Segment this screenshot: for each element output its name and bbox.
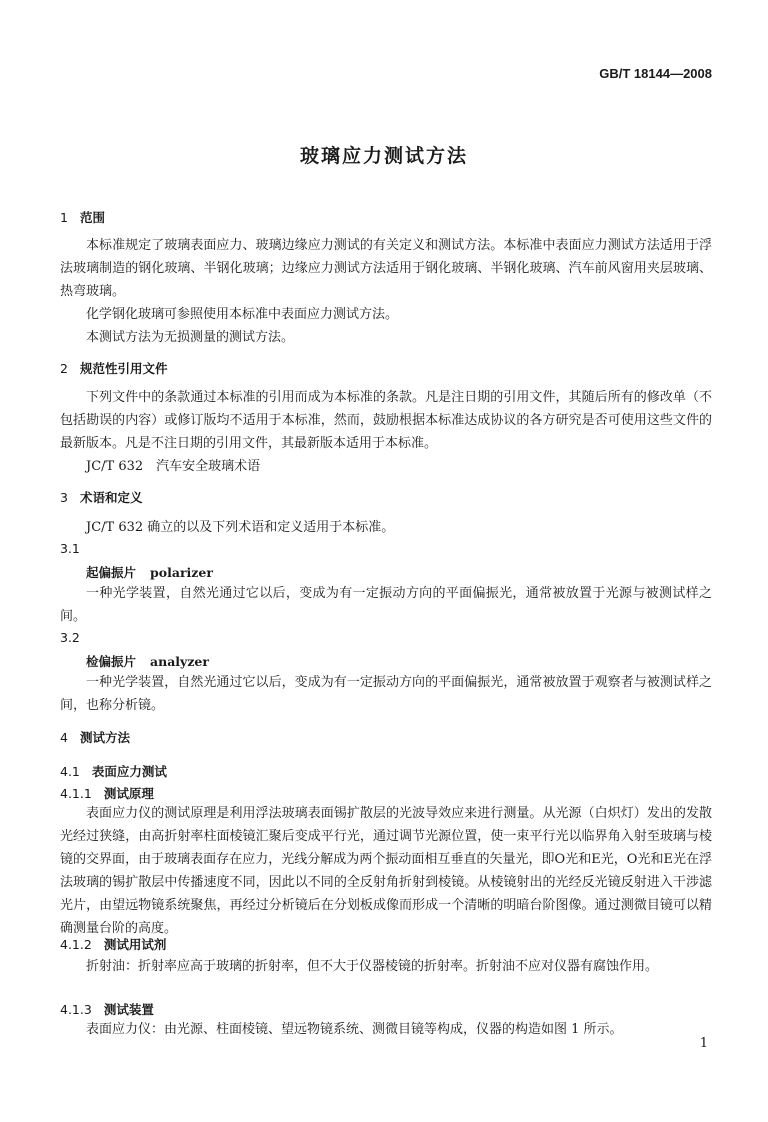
page-title: 玻璃应力测试方法 [0,141,768,168]
section-heading-1: 1范围 [60,208,105,226]
section-title: 测试方法 [80,730,130,745]
section-title: 范围 [80,210,105,225]
term-title: 检偏振片analyzer [86,652,209,670]
term-zh: 检偏振片 [86,654,136,669]
subsection-heading-4-1-3: 4.1.3测试装置 [60,1000,154,1018]
term-en: polarizer [150,565,213,580]
term-definition: 一种光学装置，自然光通过它以后，变成为有一定振动方向的平面偏振光，通常被放置于光… [60,582,712,628]
section-number: 2 [60,361,68,376]
section-heading-2: 2规范性引用文件 [60,359,167,377]
section-title: 规范性引用文件 [80,361,168,376]
section-heading-4: 4测试方法 [60,728,130,746]
term-definition: 一种光学装置，自然光通过它以后，变成为有一定振动方向的平面偏振光，通常被放置于观… [60,671,712,717]
paragraph: 表面应力仪的测试原理是利用浮法玻璃表面锡扩散层的光波导效应来进行测量。从光源（白… [60,802,712,940]
paragraph: 表面应力仪：由光源、柱面棱镜、望远物镜系统、测微目镜等构成，仪器的构造如图 1 … [60,1018,712,1041]
paragraph: JC/T 632 确立的以及下列术语和定义适用于本标准。 [60,516,712,539]
paragraph: 下列文件中的条款通过本标准的引用而成为本标准的条款。凡是注日期的引用文件，其随后… [60,386,712,455]
paragraph: 本标准规定了玻璃表面应力、玻璃边缘应力测试的有关定义和测试方法。本标准中表面应力… [60,234,712,303]
term-number: 3.1 [60,541,80,556]
section-number: 4.1.1 [60,786,92,801]
section-title: 测试用试剂 [104,937,167,952]
paragraph: 折射油：折射率应高于玻璃的折射率，但不大于仪器棱镜的折射率。折射油不应对仪器有腐… [60,955,712,978]
section-title: 表面应力测试 [92,764,167,779]
section-title: 术语和定义 [80,490,143,505]
term-zh: 起偏振片 [86,565,136,580]
paragraph: 本测试方法为无损测量的测试方法。 [60,326,712,349]
section-heading-3: 3术语和定义 [60,488,142,506]
subsection-heading-4-1-2: 4.1.2测试用试剂 [60,935,166,953]
term-en: analyzer [150,654,209,669]
term-title: 起偏振片polarizer [86,563,213,581]
term-number: 3.2 [60,630,80,645]
section-number: 3 [60,490,68,505]
subsection-heading-4-1: 4.1表面应力测试 [60,762,167,780]
section-number: 4.1 [60,764,80,779]
section-number: 1 [60,210,68,225]
paragraph: 化学钢化玻璃可参照使用本标准中表面应力测试方法。 [60,303,712,326]
section-number: 4.1.3 [60,1002,92,1017]
page-number: 1 [700,1036,708,1051]
standard-number: GB/T 18144—2008 [599,66,712,81]
reference-item: JC/T 632 汽车安全玻璃术语 [60,455,712,478]
subsection-heading-4-1-1: 4.1.1测试原理 [60,784,154,802]
section-number: 4.1.2 [60,937,92,952]
section-number: 4 [60,730,68,745]
section-title: 测试装置 [104,1002,154,1017]
section-title: 测试原理 [104,786,154,801]
